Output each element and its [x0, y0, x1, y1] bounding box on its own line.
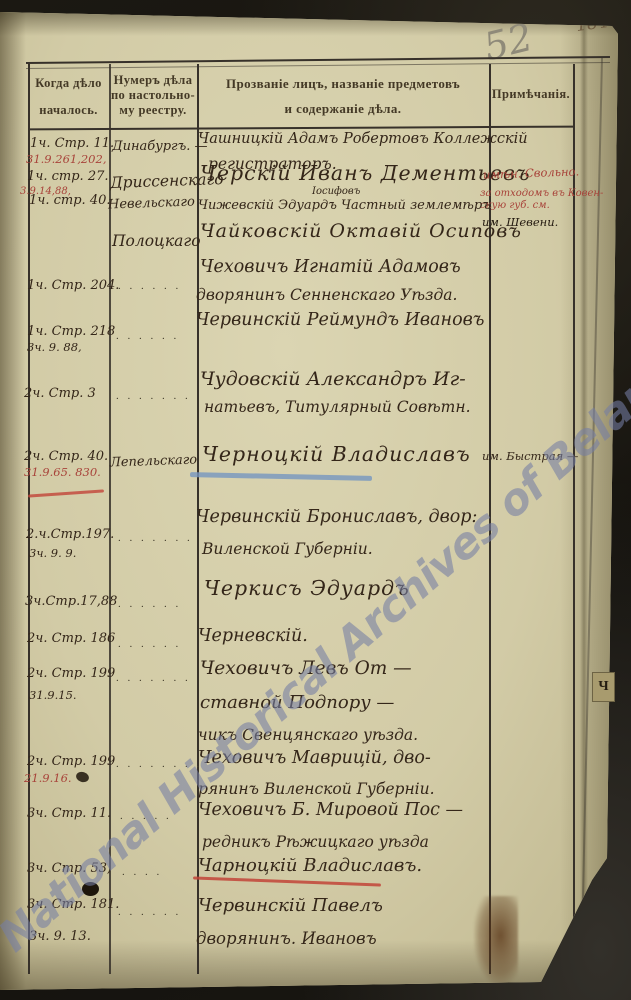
- case-entry-line: Чеховичъ Б. Мировой Пос —: [198, 800, 463, 820]
- case-entry-line: Чеховичъ Игнатій Адамовъ: [200, 257, 461, 277]
- register-place: Лепельскаго: [110, 452, 198, 470]
- case-entry-line: Черноцкій Владиславъ: [202, 442, 471, 466]
- ink-blot: [75, 770, 90, 784]
- col1-date-entry: 1ч. Стр. 11.: [30, 136, 114, 151]
- case-entry-line: редникъ Рѣжицкаго уѣзда: [202, 833, 429, 851]
- red-underline: [28, 489, 104, 497]
- col1-date-entry: 1ч. Стр. 218: [27, 324, 115, 339]
- col1-date-entry: 2ч. Стр. 199: [27, 666, 115, 681]
- ditto-marks: . . . . . .: [118, 280, 181, 292]
- col1-date-entry: 2ч. Стр. 3: [24, 386, 96, 401]
- header-col3-line2: и содержаніе дѣла.: [197, 101, 489, 117]
- case-entry-line: Чашницкій Адамъ Робертовъ Коллежскій: [198, 131, 528, 147]
- header-col1-line2: началось.: [28, 103, 109, 118]
- case-entry-line: Чарноцкій Владиславъ.: [198, 855, 422, 876]
- ditto-marks: . . . . . . .: [118, 532, 193, 544]
- note-line: имѣн. Свольно.: [483, 164, 580, 181]
- case-entry-line: дворянинъ Сенненскаго Уѣзда.: [196, 286, 457, 304]
- case-entry-line: Чижевскій Эдуардъ Частный землемѣръ: [198, 198, 491, 213]
- col1-date-entry: 2ч. Стр. 40.: [24, 449, 108, 464]
- col1-date-entry: 3ч. Стр. 11.: [27, 806, 111, 821]
- ditto-marks: . . . . . .: [118, 906, 181, 918]
- col1-date-addendum: 21.9.16.: [24, 771, 72, 785]
- case-entry-line: рянинъ Виленской Губерніи.: [198, 780, 435, 798]
- case-entry-line: Червинскій Павелъ: [198, 895, 383, 916]
- col1-date-entry: 1ч. стр. 40.: [29, 193, 111, 208]
- case-entry-line: Чайковскій Октавій Осиповъ: [200, 220, 522, 242]
- case-entry-line: Виленской Губерніи.: [202, 540, 373, 558]
- col1-date-entry: 1ч. Стр. 204.: [27, 278, 119, 293]
- paper-stain: [474, 896, 518, 984]
- col1-date-entry: 3ч.Стр.17,88: [25, 594, 117, 609]
- case-entry-line: Черневскій.: [198, 626, 308, 646]
- col1-date-addendum: 3ч. 9. 9.: [29, 546, 76, 560]
- col1-date-entry: 1ч. стр. 27.: [27, 169, 109, 184]
- ditto-marks: . . . . . .: [116, 330, 179, 342]
- table-rule-col4: [573, 64, 575, 974]
- case-entry-line: Червинскій Реймундъ Ивановъ: [196, 310, 484, 330]
- col1-date-addendum: 3ч. 9. 88,: [27, 340, 82, 354]
- header-col4: Примѣчанія.: [489, 87, 573, 102]
- alphabet-tab: Ч: [592, 672, 615, 702]
- header-col3-line1: Прозваніе лицъ, названіе предметовъ: [197, 76, 489, 92]
- register-place: Невельскаго: [108, 194, 195, 212]
- case-entry-line: Чудовскій Александръ Иг-: [200, 368, 466, 390]
- ditto-marks: . . . . . . .: [116, 672, 191, 684]
- ditto-marks: . . . . . . .: [116, 390, 191, 402]
- pencil-page-number: 52: [479, 15, 537, 69]
- paper-edge-shadow-left: [0, 0, 26, 1000]
- red-underline: [193, 876, 381, 886]
- case-entry-line: дворянинъ. Ивановъ: [196, 929, 377, 948]
- header-col1-line1: Когда дѣло: [28, 76, 109, 91]
- photo-backdrop: 52 184 Когда дѣло началось. Нумеръ дѣла …: [0, 0, 631, 1000]
- case-entry-line: Черскій Иванъ Дементьевъ: [200, 161, 531, 185]
- ink-folio-number: 184: [575, 12, 610, 36]
- header-col2-line1: Нумеръ дѣла: [109, 73, 197, 88]
- col1-date-entry: 2.ч.Стр.197.: [26, 527, 114, 542]
- blue-pencil-underline: [190, 472, 372, 481]
- col1-date-addendum: 31.9.261,202,: [26, 152, 106, 166]
- case-entry-superscript: Іосифовъ: [312, 186, 360, 197]
- register-place: Динабургъ. —: [112, 139, 208, 154]
- col1-date-addendum: 31.9.15.: [29, 688, 77, 702]
- header-col2-line3: му реестру.: [109, 103, 197, 118]
- col1-date-entry: 2ч. Стр. 186: [27, 631, 115, 646]
- note-line: за отходомъ въ Ковен-: [480, 188, 603, 199]
- paper-edge-shadow-bottom: [0, 940, 631, 1000]
- ditto-marks: . . . . . .: [118, 598, 181, 610]
- case-entry-line: натьевъ, Титулярный Совѣтн.: [204, 398, 471, 416]
- ditto-marks: . . . . . .: [118, 638, 181, 650]
- col1-date-entry: 2ч. Стр. 199: [27, 754, 115, 769]
- header-col2-line2: по настольно-: [109, 88, 197, 103]
- case-entry-line: Червинскій Брониславъ, двор:: [196, 507, 477, 527]
- col1-date-addendum: 31.9.65. 830.: [24, 465, 101, 479]
- register-place: Полоцкаго: [112, 232, 201, 250]
- paper-edge-shadow-top: [0, 10, 631, 36]
